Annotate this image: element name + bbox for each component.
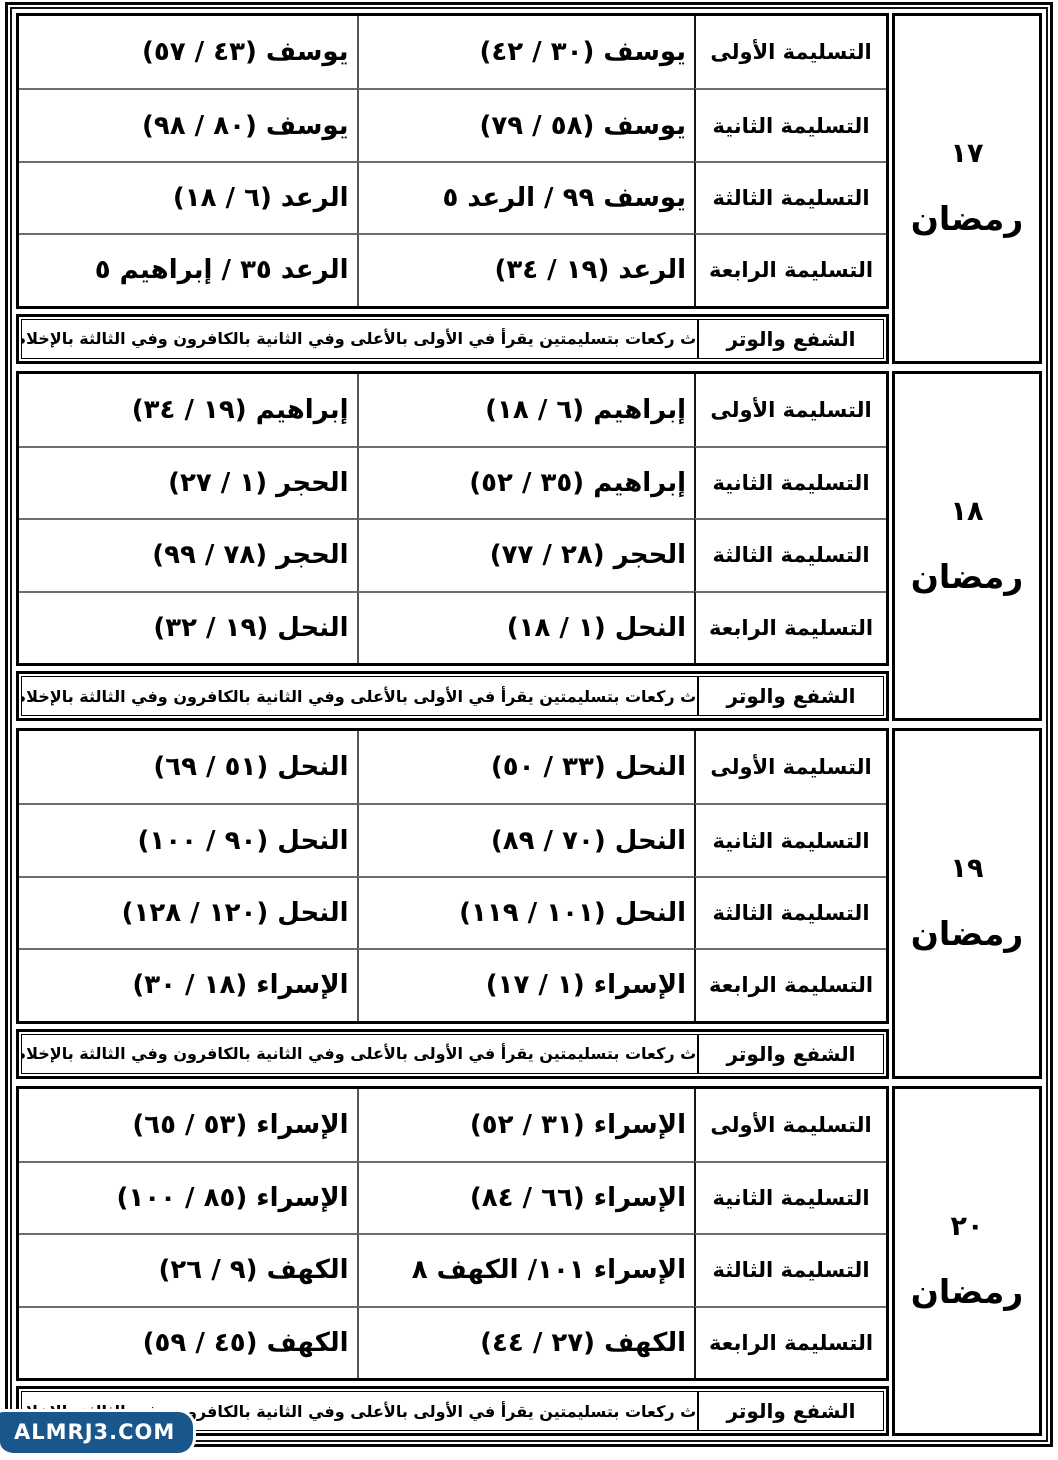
witr-box: الشفع والوتر ثلاث ركعات بتسليمتين يقرأ ف… bbox=[16, 671, 889, 721]
tasleemah-table: التسليمة الأولى إبراهيم (٦ / ١٨) إبراهيم… bbox=[16, 371, 889, 667]
day-cell: ٢٠ رمضان bbox=[892, 1086, 1042, 1437]
witr-text-cell: ثلاث ركعات بتسليمتين يقرأ في الأولى بالأ… bbox=[22, 1035, 697, 1073]
page-frame: ١٧ رمضان التسليمة الأولى يوسف (٣٠ / ٤٢) … bbox=[5, 2, 1053, 1447]
portion-cell-left: الكهف (٤٥ / ٥٩) bbox=[19, 1306, 357, 1378]
portion-cell-right: الرعد (١٩ / ٣٤) bbox=[357, 233, 695, 305]
row-label-cell: التسليمة الأولى bbox=[694, 374, 886, 446]
portion-cell-left: إبراهيم (١٩ / ٣٤) bbox=[19, 374, 357, 446]
row-label-cell: التسليمة الثانية bbox=[694, 803, 886, 875]
portion-cell-left: يوسف (٨٠ / ٩٨) bbox=[19, 88, 357, 160]
day-cell: ١٩ رمضان bbox=[892, 728, 1042, 1079]
day-main-column: التسليمة الأولى يوسف (٣٠ / ٤٢) يوسف (٤٣ … bbox=[16, 13, 889, 364]
day-main-column: التسليمة الأولى النحل (٣٣ / ٥٠) النحل (٥… bbox=[16, 728, 889, 1079]
watermark-badge: ALMRJ3.COM bbox=[0, 1409, 196, 1456]
row-label-cell: التسليمة الرابعة bbox=[694, 591, 886, 663]
row-label-cell: التسليمة الأولى bbox=[694, 731, 886, 803]
day-main-column: التسليمة الأولى الإسراء (٣١ / ٥٢) الإسرا… bbox=[16, 1086, 889, 1437]
witr-inner: الشفع والوتر ثلاث ركعات بتسليمتين يقرأ ف… bbox=[21, 1034, 884, 1074]
portion-cell-left: الكهف (٩ / ٢٦) bbox=[19, 1233, 357, 1305]
tasleemah-table: التسليمة الأولى الإسراء (٣١ / ٥٢) الإسرا… bbox=[16, 1086, 889, 1382]
portion-cell-right: يوسف ٩٩ / الرعد ٥ bbox=[357, 161, 695, 233]
portion-cell-right: الكهف (٢٧ / ٤٤) bbox=[357, 1306, 695, 1378]
tasleemah-table: التسليمة الأولى يوسف (٣٠ / ٤٢) يوسف (٤٣ … bbox=[16, 13, 889, 309]
witr-text-cell: ثلاث ركعات بتسليمتين يقرأ في الأولى بالأ… bbox=[22, 677, 697, 715]
portion-cell-right: النحل (١٠١ / ١١٩) bbox=[357, 876, 695, 948]
row-label-cell: التسليمة الرابعة bbox=[694, 948, 886, 1020]
witr-box: الشفع والوتر ثلاث ركعات بتسليمتين يقرأ ف… bbox=[16, 1029, 889, 1079]
portion-cell-right: يوسف (٣٠ / ٤٢) bbox=[357, 16, 695, 88]
day-number: ١٧ bbox=[951, 138, 984, 169]
portion-cell-left: الحجر (٧٨ / ٩٩) bbox=[19, 518, 357, 590]
day-number: ٢٠ bbox=[951, 1211, 984, 1242]
row-label-cell: التسليمة الثالثة bbox=[694, 876, 886, 948]
page-inner-frame: ١٧ رمضان التسليمة الأولى يوسف (٣٠ / ٤٢) … bbox=[10, 7, 1048, 1442]
portion-cell-right: إبراهيم (٦ / ١٨) bbox=[357, 374, 695, 446]
day-number: ١٩ bbox=[951, 853, 984, 884]
portion-cell-left: الرعد (٦ / ١٨) bbox=[19, 161, 357, 233]
portion-cell-left: يوسف (٤٣ / ٥٧) bbox=[19, 16, 357, 88]
day-main-column: التسليمة الأولى إبراهيم (٦ / ١٨) إبراهيم… bbox=[16, 371, 889, 722]
row-label-cell: التسليمة الثانية bbox=[694, 88, 886, 160]
row-label-cell: التسليمة الثالثة bbox=[694, 518, 886, 590]
row-label-cell: التسليمة الثالثة bbox=[694, 161, 886, 233]
portion-cell-right: النحل (٣٣ / ٥٠) bbox=[357, 731, 695, 803]
witr-label-cell: الشفع والوتر bbox=[697, 320, 883, 358]
portion-cell-right: النحل (١ / ١٨) bbox=[357, 591, 695, 663]
day-word: رمضان bbox=[911, 199, 1024, 238]
portion-cell-right: الحجر (٢٨ / ٧٧) bbox=[357, 518, 695, 590]
day-number: ١٨ bbox=[951, 496, 984, 527]
portion-cell-left: النحل (٩٠ / ١٠٠) bbox=[19, 803, 357, 875]
witr-label-cell: الشفع والوتر bbox=[697, 1035, 883, 1073]
witr-text-cell: ثلاث ركعات بتسليمتين يقرأ في الأولى بالأ… bbox=[22, 320, 697, 358]
tasleemah-table: التسليمة الأولى النحل (٣٣ / ٥٠) النحل (٥… bbox=[16, 728, 889, 1024]
portion-cell-left: النحل (١٢٠ / ١٢٨) bbox=[19, 876, 357, 948]
day-word: رمضان bbox=[911, 914, 1024, 953]
day-section-19: ١٩ رمضان التسليمة الأولى النحل (٣٣ / ٥٠)… bbox=[16, 728, 1042, 1079]
portion-cell-right: الإسراء (٣١ / ٥٢) bbox=[357, 1089, 695, 1161]
portion-cell-right: الإسراء (٦٦ / ٨٤) bbox=[357, 1161, 695, 1233]
day-cell: ١٨ رمضان bbox=[892, 371, 1042, 722]
row-label-cell: التسليمة الأولى bbox=[694, 16, 886, 88]
portion-cell-right: النحل (٧٠ / ٨٩) bbox=[357, 803, 695, 875]
witr-inner: الشفع والوتر ثلاث ركعات بتسليمتين يقرأ ف… bbox=[21, 676, 884, 716]
portion-cell-right: الإسراء (١ / ١٧) bbox=[357, 948, 695, 1020]
witr-label-cell: الشفع والوتر bbox=[697, 677, 883, 715]
portion-cell-right: إبراهيم (٣٥ / ٥٢) bbox=[357, 446, 695, 518]
day-section-17: ١٧ رمضان التسليمة الأولى يوسف (٣٠ / ٤٢) … bbox=[16, 13, 1042, 364]
portion-cell-left: الرعد ٣٥ / إبراهيم ٥ bbox=[19, 233, 357, 305]
witr-box: الشفع والوتر ثلاث ركعات بتسليمتين يقرأ ف… bbox=[16, 314, 889, 364]
row-label-cell: التسليمة الأولى bbox=[694, 1089, 886, 1161]
row-label-cell: التسليمة الثانية bbox=[694, 446, 886, 518]
day-section-20: ٢٠ رمضان التسليمة الأولى الإسراء (٣١ / ٥… bbox=[16, 1086, 1042, 1437]
portion-cell-left: النحل (٥١ / ٦٩) bbox=[19, 731, 357, 803]
witr-inner: الشفع والوتر ثلاث ركعات بتسليمتين يقرأ ف… bbox=[21, 319, 884, 359]
witr-label-cell: الشفع والوتر bbox=[697, 1392, 883, 1430]
portion-cell-left: الإسراء (٥٣ / ٦٥) bbox=[19, 1089, 357, 1161]
portion-cell-left: الإسراء (١٨ / ٣٠) bbox=[19, 948, 357, 1020]
portion-cell-left: الإسراء (٨٥ / ١٠٠) bbox=[19, 1161, 357, 1233]
day-word: رمضان bbox=[911, 557, 1024, 596]
portion-cell-right: يوسف (٥٨ / ٧٩) bbox=[357, 88, 695, 160]
portion-cell-right: الإسراء ١٠١/ الكهف ٨ bbox=[357, 1233, 695, 1305]
portion-cell-left: النحل (١٩ / ٣٢) bbox=[19, 591, 357, 663]
row-label-cell: التسليمة الرابعة bbox=[694, 233, 886, 305]
day-word: رمضان bbox=[911, 1272, 1024, 1311]
portion-cell-left: الحجر (١ / ٢٧) bbox=[19, 446, 357, 518]
row-label-cell: التسليمة الرابعة bbox=[694, 1306, 886, 1378]
day-section-18: ١٨ رمضان التسليمة الأولى إبراهيم (٦ / ١٨… bbox=[16, 371, 1042, 722]
row-label-cell: التسليمة الثانية bbox=[694, 1161, 886, 1233]
row-label-cell: التسليمة الثالثة bbox=[694, 1233, 886, 1305]
day-cell: ١٧ رمضان bbox=[892, 13, 1042, 364]
